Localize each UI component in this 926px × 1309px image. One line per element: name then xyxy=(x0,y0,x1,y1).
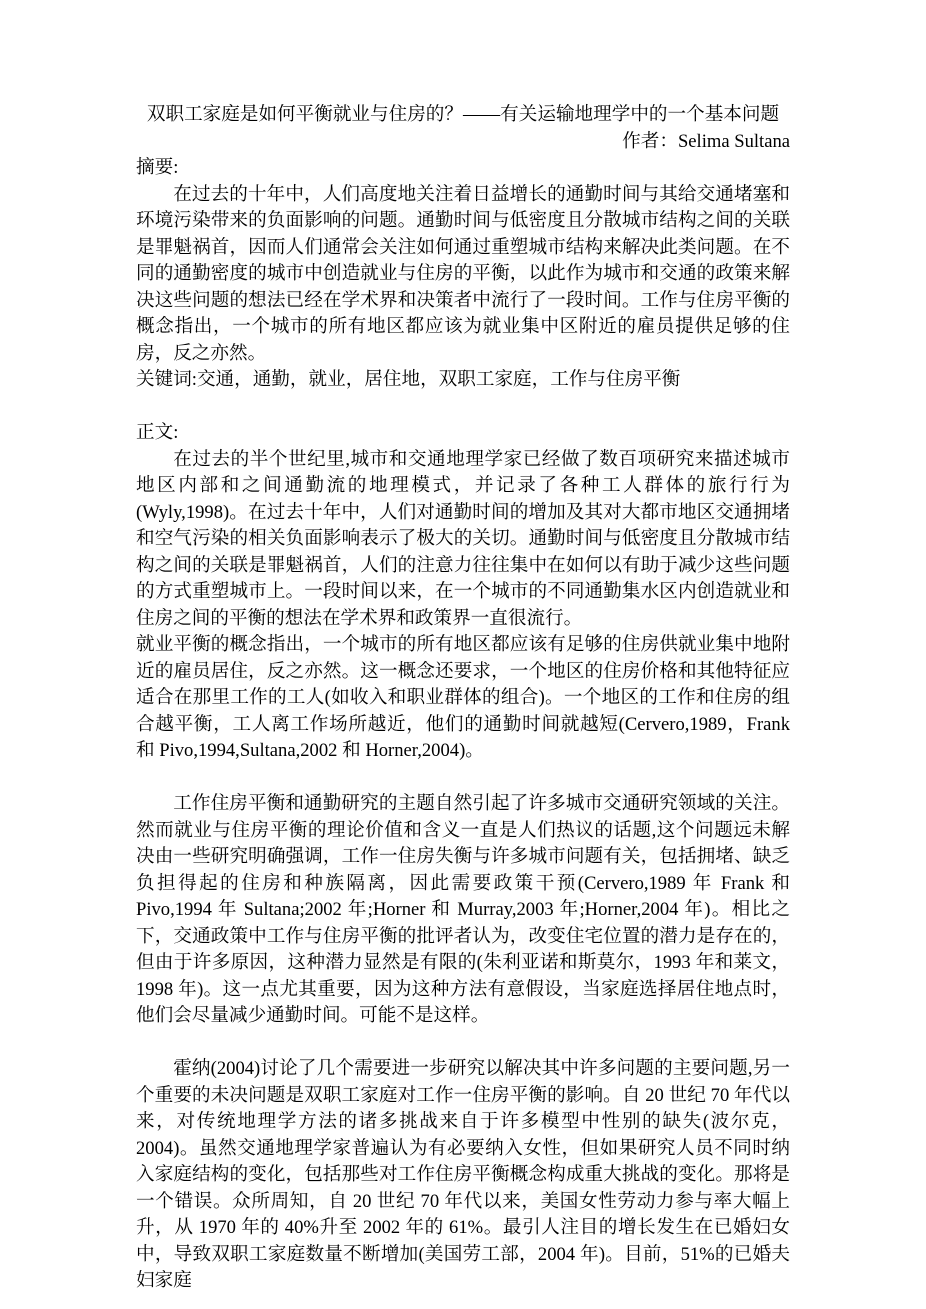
keywords-line: 关键词:交通，通勤，就业，居住地，双职工家庭，工作与住房平衡 xyxy=(136,367,790,394)
abstract-label: 摘要: xyxy=(136,155,790,182)
blank-line xyxy=(136,394,790,421)
body-paragraph-4: 霍纳(2004)讨论了几个需要进一步研究以解决其中许多问题的主要问题,另一个重要… xyxy=(136,1056,790,1295)
blank-line xyxy=(136,1030,790,1057)
body-paragraph-2: 就业平衡的概念指出，一个城市的所有地区都应该有足够的住房供就业集中地附近的雇员居… xyxy=(136,632,790,765)
document-page: 双职工家庭是如何平衡就业与住房的？——有关运输地理学中的一个基本问题 作者：Se… xyxy=(0,0,926,1309)
abstract-paragraph: 在过去的十年中，人们高度地关注着日益增长的通勤时间与其给交通堵塞和环境污染带来的… xyxy=(136,182,790,368)
document-title: 双职工家庭是如何平衡就业与住房的？——有关运输地理学中的一个基本问题 xyxy=(136,102,790,129)
body-label: 正文: xyxy=(136,420,790,447)
body-paragraph-1: 在过去的半个世纪里,城市和交通地理学家已经做了数百项研究来描述城市地区内部和之间… xyxy=(136,447,790,633)
body-paragraph-3: 工作住房平衡和通勤研究的主题自然引起了许多城市交通研究领域的关注。然而就业与住房… xyxy=(136,791,790,1030)
blank-line xyxy=(136,765,790,792)
author-line: 作者：Selima Sultana xyxy=(136,129,790,156)
